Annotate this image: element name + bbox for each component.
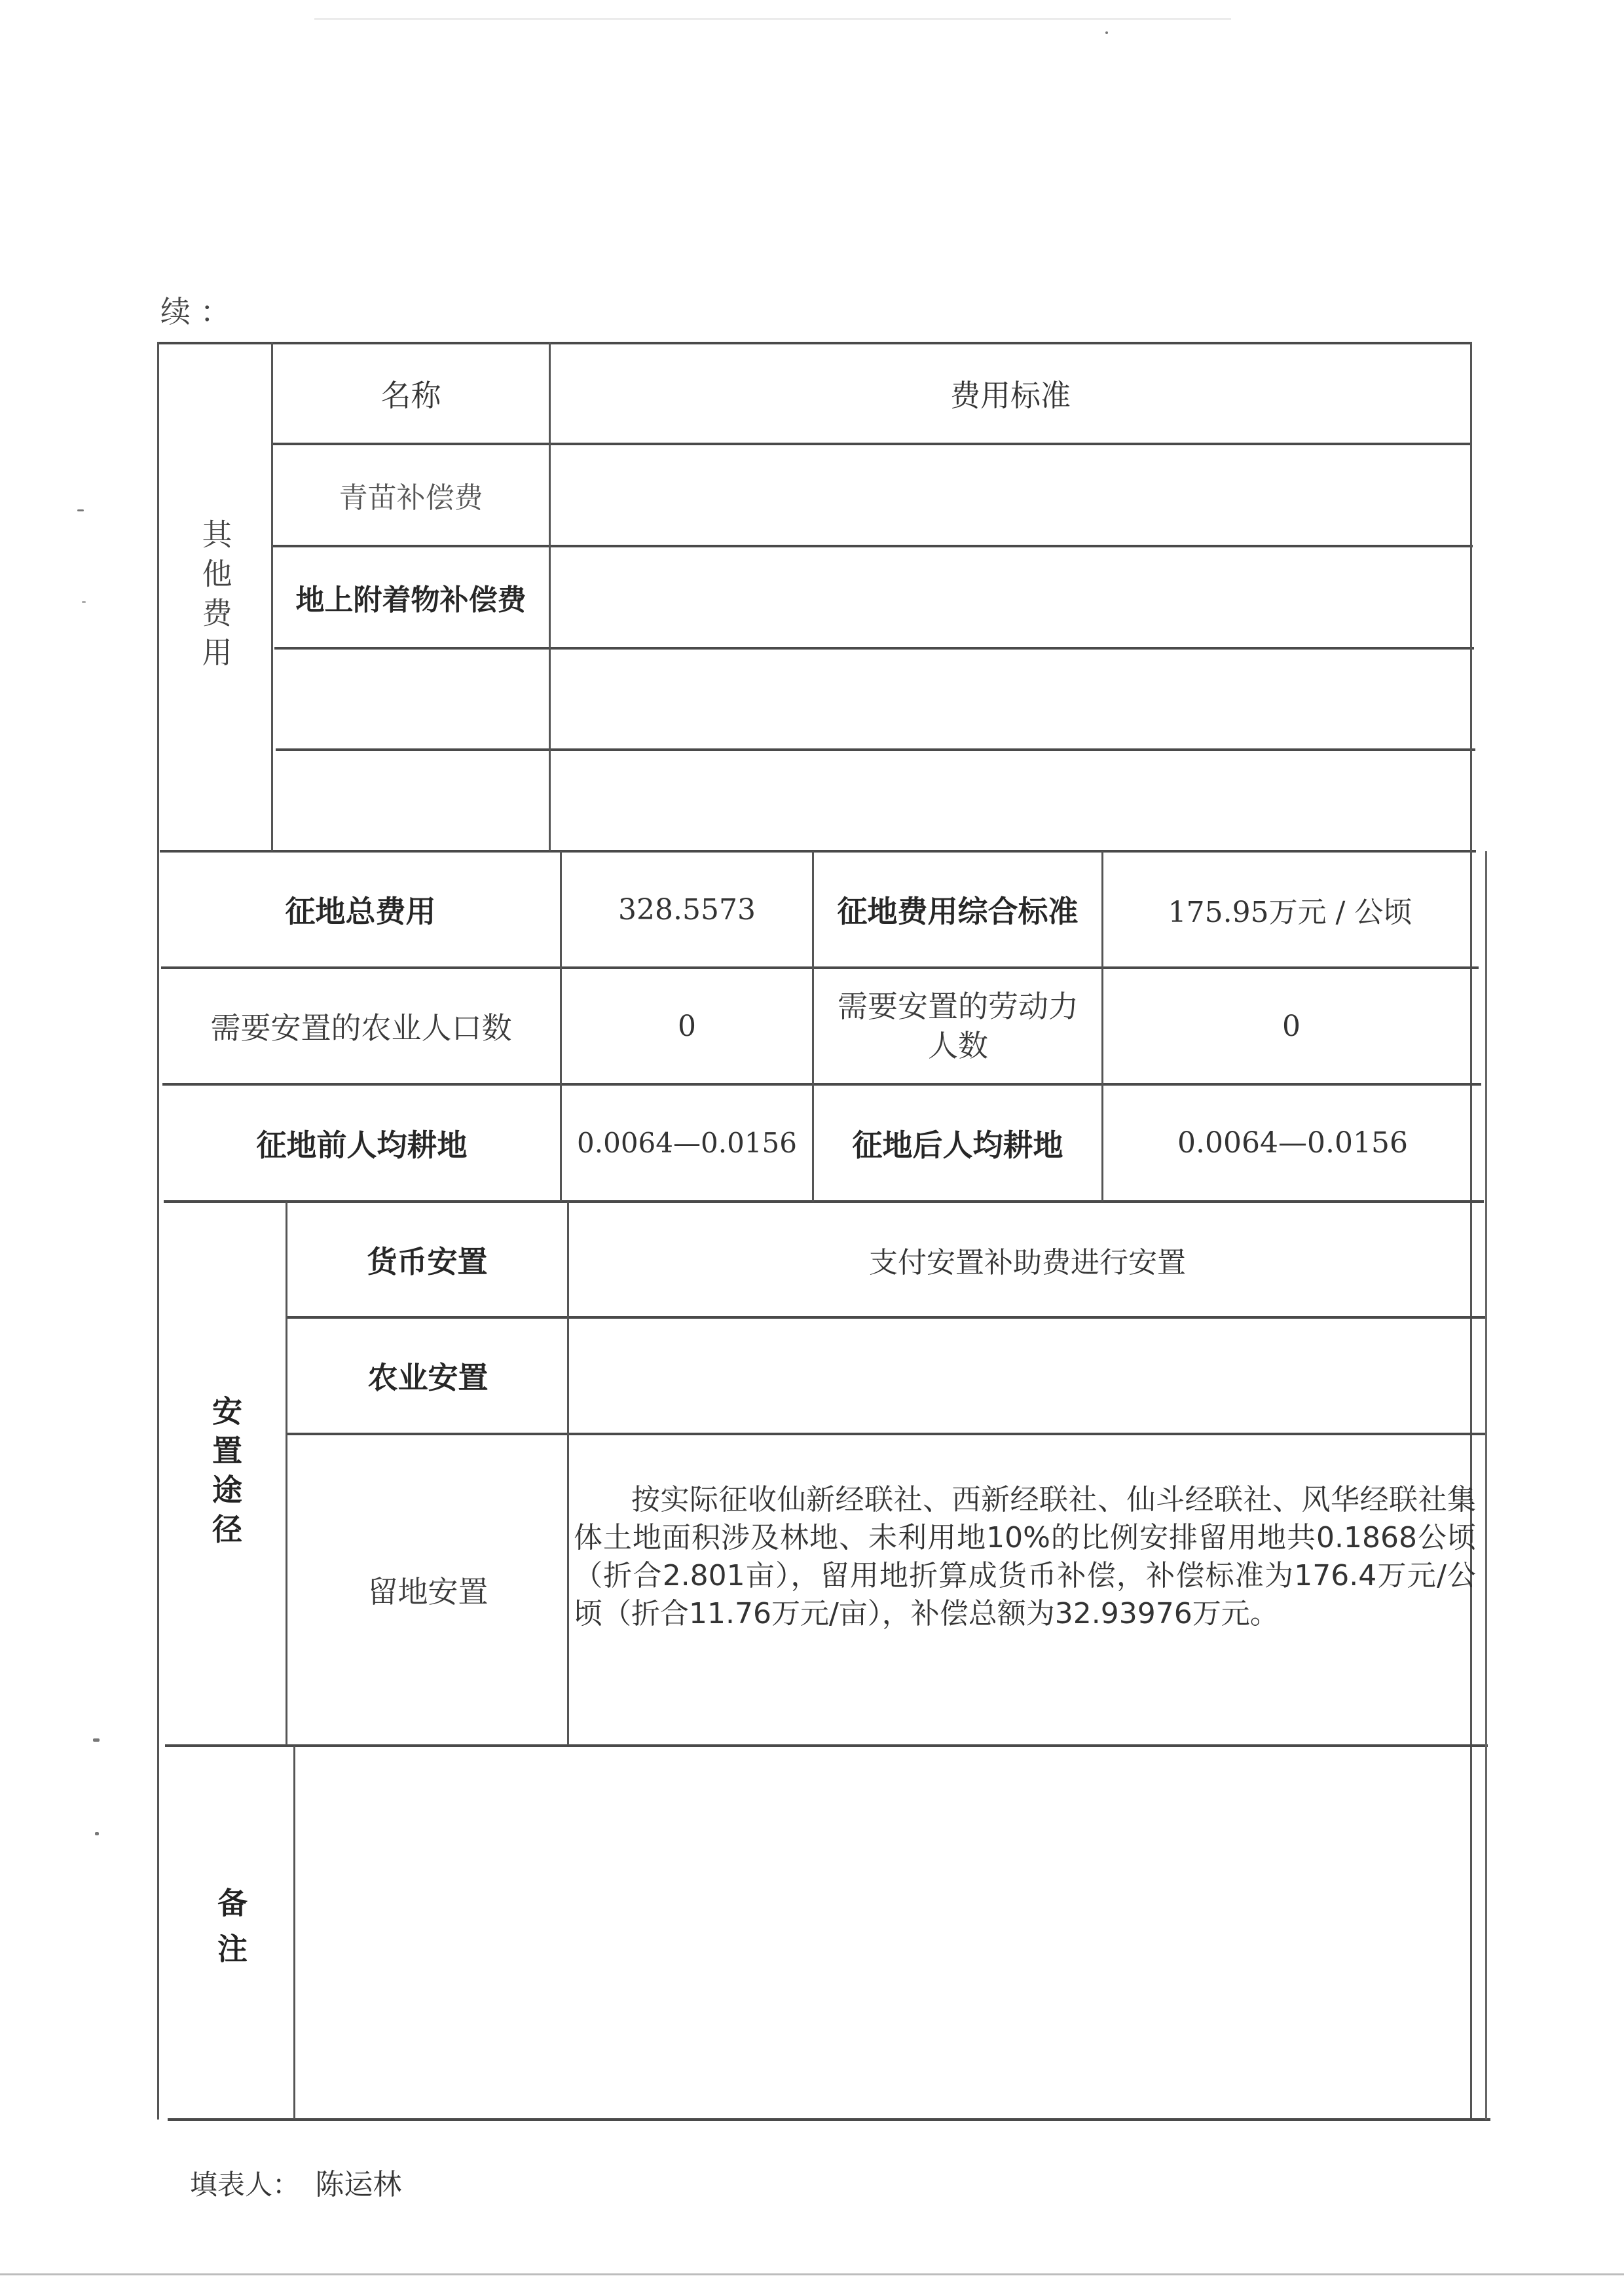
comprehensive-standard-value: 175.95万元 / 公顷 (1103, 853, 1477, 966)
resettlement-content-monetary: 支付安置补助费进行安置 (569, 1203, 1486, 1316)
other-cost-name-2: 地上附着物补偿费 (273, 547, 549, 647)
scan-speck (95, 1832, 99, 1835)
section-label-other-costs: 其他费用 (194, 519, 237, 676)
farmland-after-label: 征地后人均耕地 (814, 1086, 1101, 1200)
other-cost-standard-4[interactable] (551, 751, 1470, 850)
other-cost-standard-1[interactable] (551, 445, 1470, 545)
scan-speck (82, 601, 86, 603)
resettlement-name-monetary: 货币安置 (287, 1203, 567, 1316)
header-name: 名称 (273, 344, 549, 443)
filler-name: 陈运林 (315, 2168, 401, 2201)
resettlement-content-reserved-land: 按实际征收仙新经联社、西新经联社、仙斗经联社、风华经联社集体土地面积涉及林地、未… (574, 1481, 1476, 1633)
section-label-other-costs-cell: 其他费用 (159, 344, 271, 850)
section-label-remarks: 备注 (209, 1887, 252, 1979)
other-cost-standard-2[interactable] (551, 547, 1470, 647)
filler-label: 填表人： (190, 2169, 300, 2201)
other-cost-name-1: 青苗补偿费 (273, 445, 549, 545)
section-label-resettlement: 安置途径 (204, 1395, 247, 1552)
agri-population-label: 需要安置的农业人口数 (162, 969, 560, 1083)
farmland-after-value: 0.0064—0.0156 (1103, 1086, 1482, 1200)
total-cost-label: 征地总费用 (161, 853, 560, 966)
labor-count-value: 0 (1103, 969, 1479, 1083)
other-cost-name-4[interactable] (273, 751, 549, 850)
farmland-before-value: 0.0064—0.0156 (562, 1086, 812, 1200)
total-cost-value: 328.5573 (562, 853, 812, 966)
labor-count-label: 需要安置的劳动力人数 (830, 969, 1086, 1083)
table-border-right-lower (1485, 851, 1487, 2120)
section-label-resettlement-cell: 安置途径 (165, 1203, 286, 1744)
other-cost-standard-3[interactable] (551, 650, 1470, 748)
remarks-content[interactable] (295, 1747, 1485, 2118)
comprehensive-standard-label: 征地费用综合标准 (814, 853, 1101, 966)
resettlement-name-reserved-land: 留地安置 (289, 1435, 567, 1744)
farmland-before-label: 征地前人均耕地 (164, 1086, 560, 1200)
scan-artifact-top (314, 18, 1231, 20)
scan-speck (1105, 31, 1108, 34)
other-cost-name-3[interactable] (273, 650, 549, 748)
agri-population-value: 0 (562, 969, 812, 1083)
resettlement-name-agricultural: 农业安置 (289, 1319, 567, 1433)
filler-field: 填表人： 陈运林 (190, 2161, 401, 2203)
table-border-bottom (168, 2118, 1490, 2121)
scan-artifact-bottom (0, 2273, 1624, 2275)
section-label-remarks-cell: 备注 (168, 1747, 293, 2118)
continuation-label: 续 ： (160, 288, 231, 331)
resettlement-content-agricultural[interactable] (569, 1319, 1486, 1433)
scan-speck (93, 1738, 100, 1742)
header-standard: 费用标准 (551, 344, 1470, 443)
scan-speck (77, 509, 84, 511)
